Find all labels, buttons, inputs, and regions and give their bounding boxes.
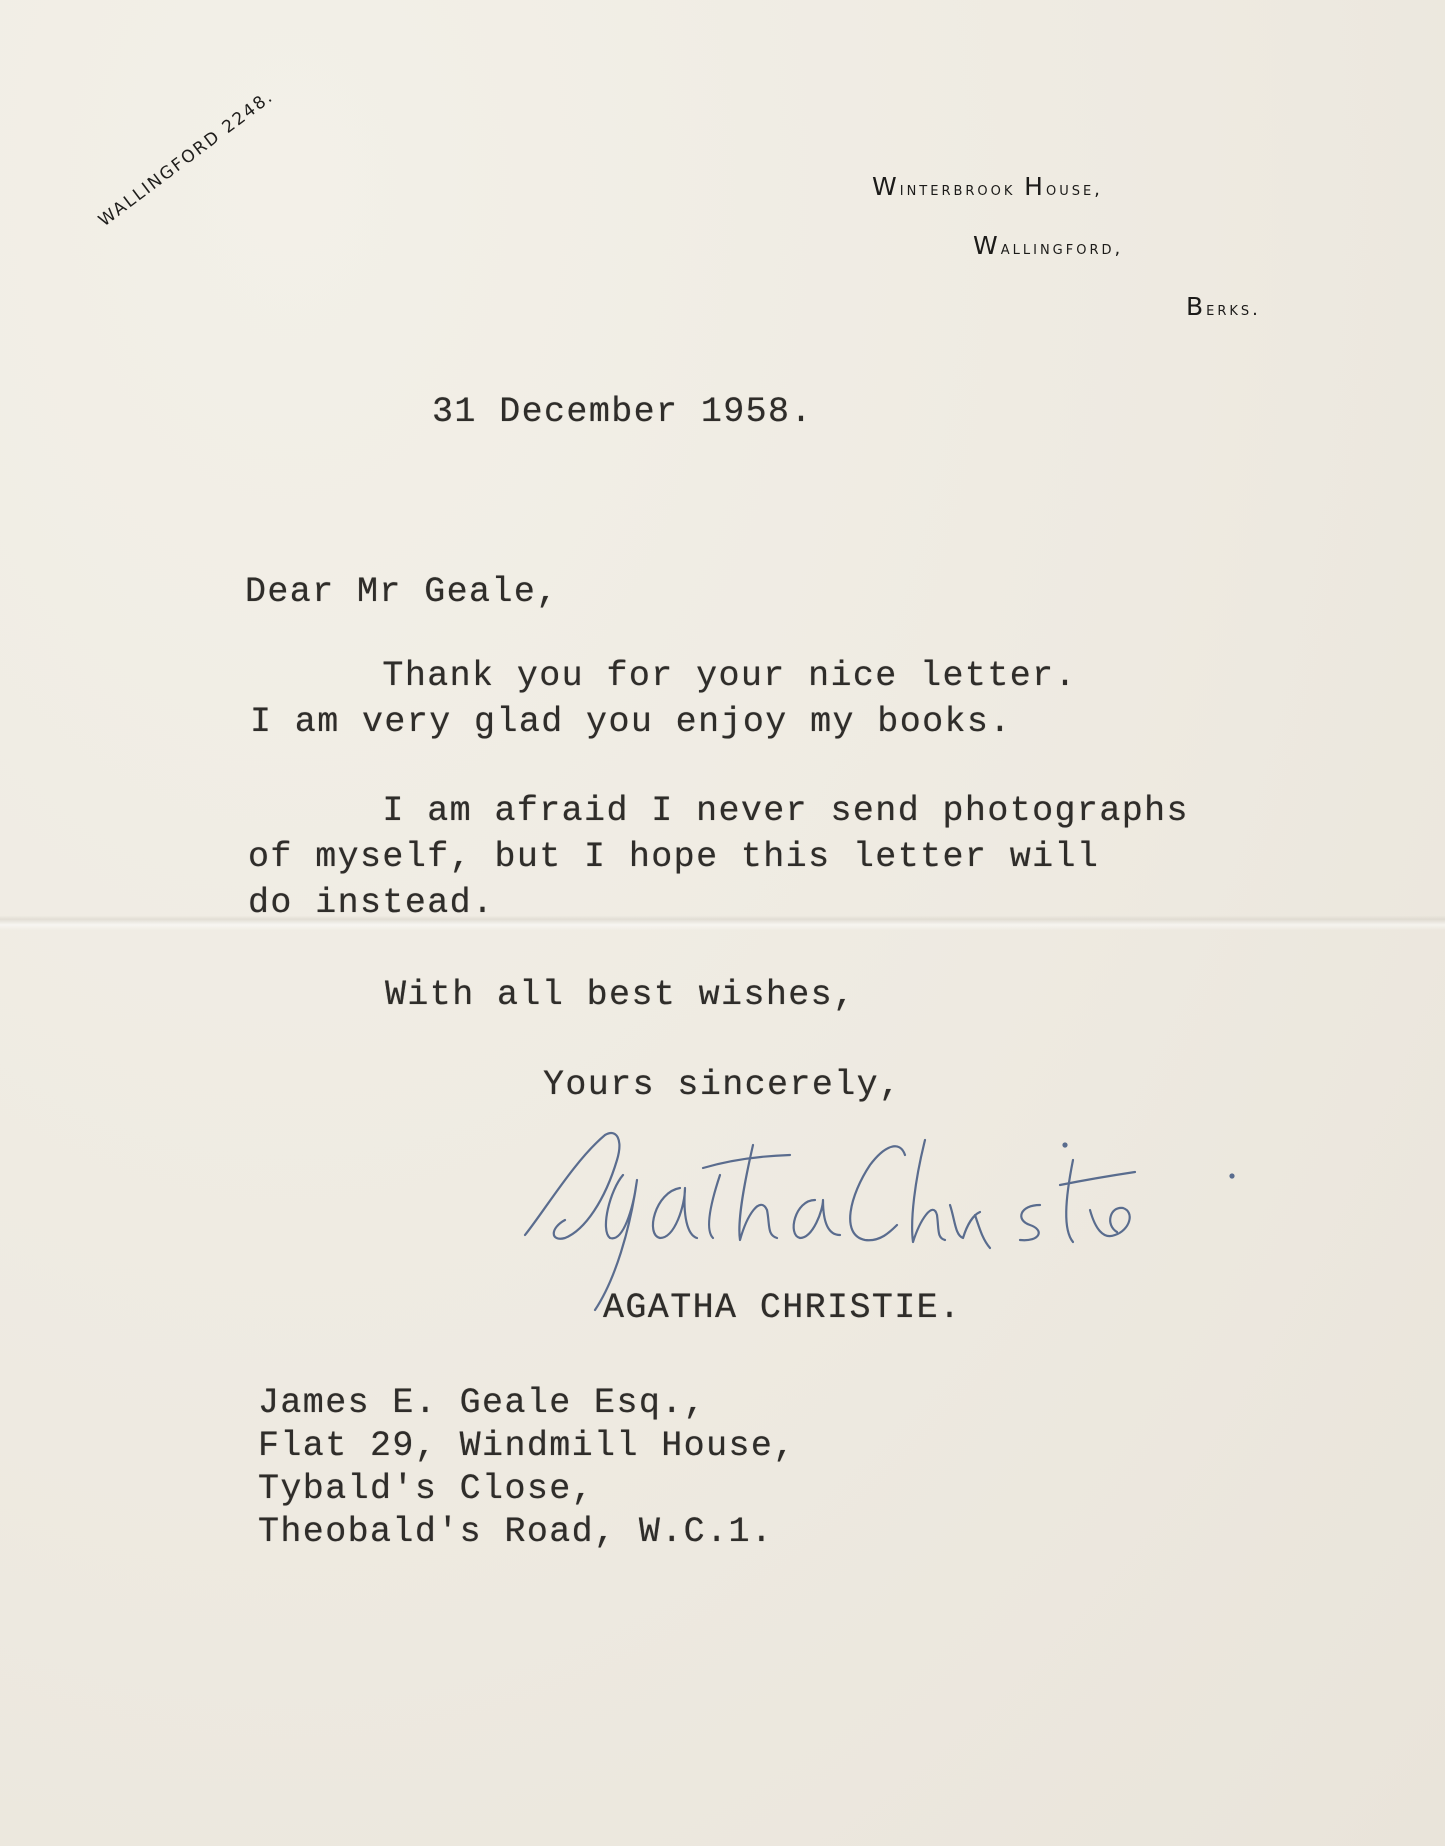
paragraph-1-line-2: I am very glad you enjoy my books. [250, 702, 1012, 742]
typed-signature-name: AGATHA CHRISTIE. [603, 1288, 961, 1328]
paragraph-2-line-2: of myself, but I hope this letter will [248, 837, 1099, 877]
letterhead-phone: WALLINGFORD 2248. [95, 87, 278, 231]
paragraph-1-line-1: Thank you for your nice letter. [248, 656, 1077, 696]
closing-wishes: With all best wishes, [385, 975, 855, 1015]
letterhead-address-line-3: Berks. [1186, 292, 1261, 321]
letter-date: 31 December 1958. [432, 392, 813, 432]
letterhead-address-line-2: Wallingford, [973, 231, 1123, 260]
paragraph-2-line-3: do instead. [248, 883, 494, 923]
closing-valediction: Yours sincerely, [543, 1065, 901, 1105]
recipient-line-4: Theobald's Road, W.C.1. [258, 1512, 773, 1552]
letter-page: WALLINGFORD 2248. Winterbrook House, Wal… [0, 0, 1445, 1846]
paragraph-2-line-1: I am afraid I never send photographs [248, 791, 1189, 831]
recipient-line-2: Flat 29, Windmill House, [258, 1426, 796, 1466]
recipient-line-3: Tybald's Close, [258, 1469, 594, 1509]
letterhead-address-line-1: Winterbrook House, [872, 172, 1103, 201]
salutation: Dear Mr Geale, [245, 572, 559, 612]
recipient-line-1: James E. Geale Esq., [258, 1383, 706, 1423]
